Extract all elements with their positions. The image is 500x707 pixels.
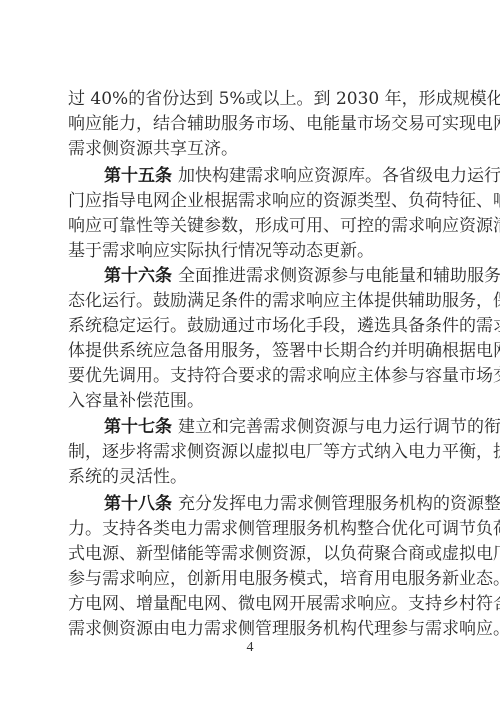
- paragraph-line: 需求侧资源由电力需求侧管理服务机构代理参与需求响应。: [68, 618, 432, 640]
- paragraph-line: 加快构建需求响应资源库。各省级电力运行主管部: [178, 165, 500, 187]
- article-15-first-line: 第十五条 加快构建需求响应资源库。各省级电力运行主管部: [104, 165, 432, 187]
- paragraph-line: 响应能力，结合辅助服务市场、电能量市场交易可实现电网区域内: [68, 113, 432, 135]
- paragraph-line: 体提供系统应急备用服务，签署中长期合约并明确根据电网运行需: [68, 340, 432, 362]
- paragraph-line: 制，逐步将需求侧资源以虚拟电厂等方式纳入电力平衡，提高电力: [68, 441, 432, 463]
- paragraph-line: 基于需求响应实际执行情况等动态更新。: [68, 240, 432, 262]
- paragraph-line: 要优先调用。支持符合要求的需求响应主体参与容量市场交易或纳: [68, 365, 432, 387]
- paragraph-line: 响应可靠性等关键参数，形成可用、可控的需求响应资源清单，并: [68, 215, 432, 237]
- paragraph-line: 方电网、增量配电网、微电网开展需求响应。支持乡村符合条件的: [68, 593, 432, 615]
- paragraph-line: 需求侧资源共享互济。: [68, 138, 432, 160]
- paragraph-line: 全面推进需求侧资源参与电能量和辅助服务市场常: [178, 265, 500, 287]
- article-18-first-line: 第十八条 充分发挥电力需求侧管理服务机构的资源整合能: [104, 493, 432, 515]
- paragraph-line: 系统稳定运行。鼓励通过市场化手段，遴选具备条件的需求响应主: [68, 315, 432, 337]
- paragraph-line: 入容量补偿范围。: [68, 390, 432, 412]
- article-title: 第十六条: [104, 265, 172, 287]
- paragraph-line: 过 40%的省份达到 5%或以上。到 2030 年，形成规模化的实时需求: [68, 88, 432, 110]
- paragraph-line: 力。支持各类电力需求侧管理服务机构整合优化可调节负荷、分布: [68, 518, 432, 540]
- article-title: 第十七条: [104, 416, 172, 438]
- page-number: 4: [0, 640, 500, 656]
- article-title: 第十八条: [104, 493, 172, 515]
- paragraph-line: 建立和完善需求侧资源与电力运行调节的衔接机: [178, 416, 500, 438]
- article-16-first-line: 第十六条 全面推进需求侧资源参与电能量和辅助服务市场常: [104, 265, 432, 287]
- article-17-first-line: 第十七条 建立和完善需求侧资源与电力运行调节的衔接机: [104, 416, 432, 438]
- document-page: 过 40%的省份达到 5%或以上。到 2030 年，形成规模化的实时需求 响应能…: [0, 0, 500, 707]
- article-title: 第十五条: [104, 165, 172, 187]
- paragraph-line: 式电源、新型储能等需求侧资源，以负荷聚合商或虚拟电厂等形式: [68, 543, 432, 565]
- paragraph-line: 态化运行。鼓励满足条件的需求响应主体提供辅助服务，保障电力: [68, 290, 432, 312]
- paragraph-line: 系统的灵活性。: [68, 466, 432, 488]
- paragraph-line: 充分发挥电力需求侧管理服务机构的资源整合能: [178, 493, 500, 515]
- paragraph-line: 参与需求响应，创新用电服务模式，培育用电服务新业态。支持地: [68, 568, 432, 590]
- paragraph-line: 门应指导电网企业根据需求响应的资源类型、负荷特征、响应速率、: [68, 190, 432, 212]
